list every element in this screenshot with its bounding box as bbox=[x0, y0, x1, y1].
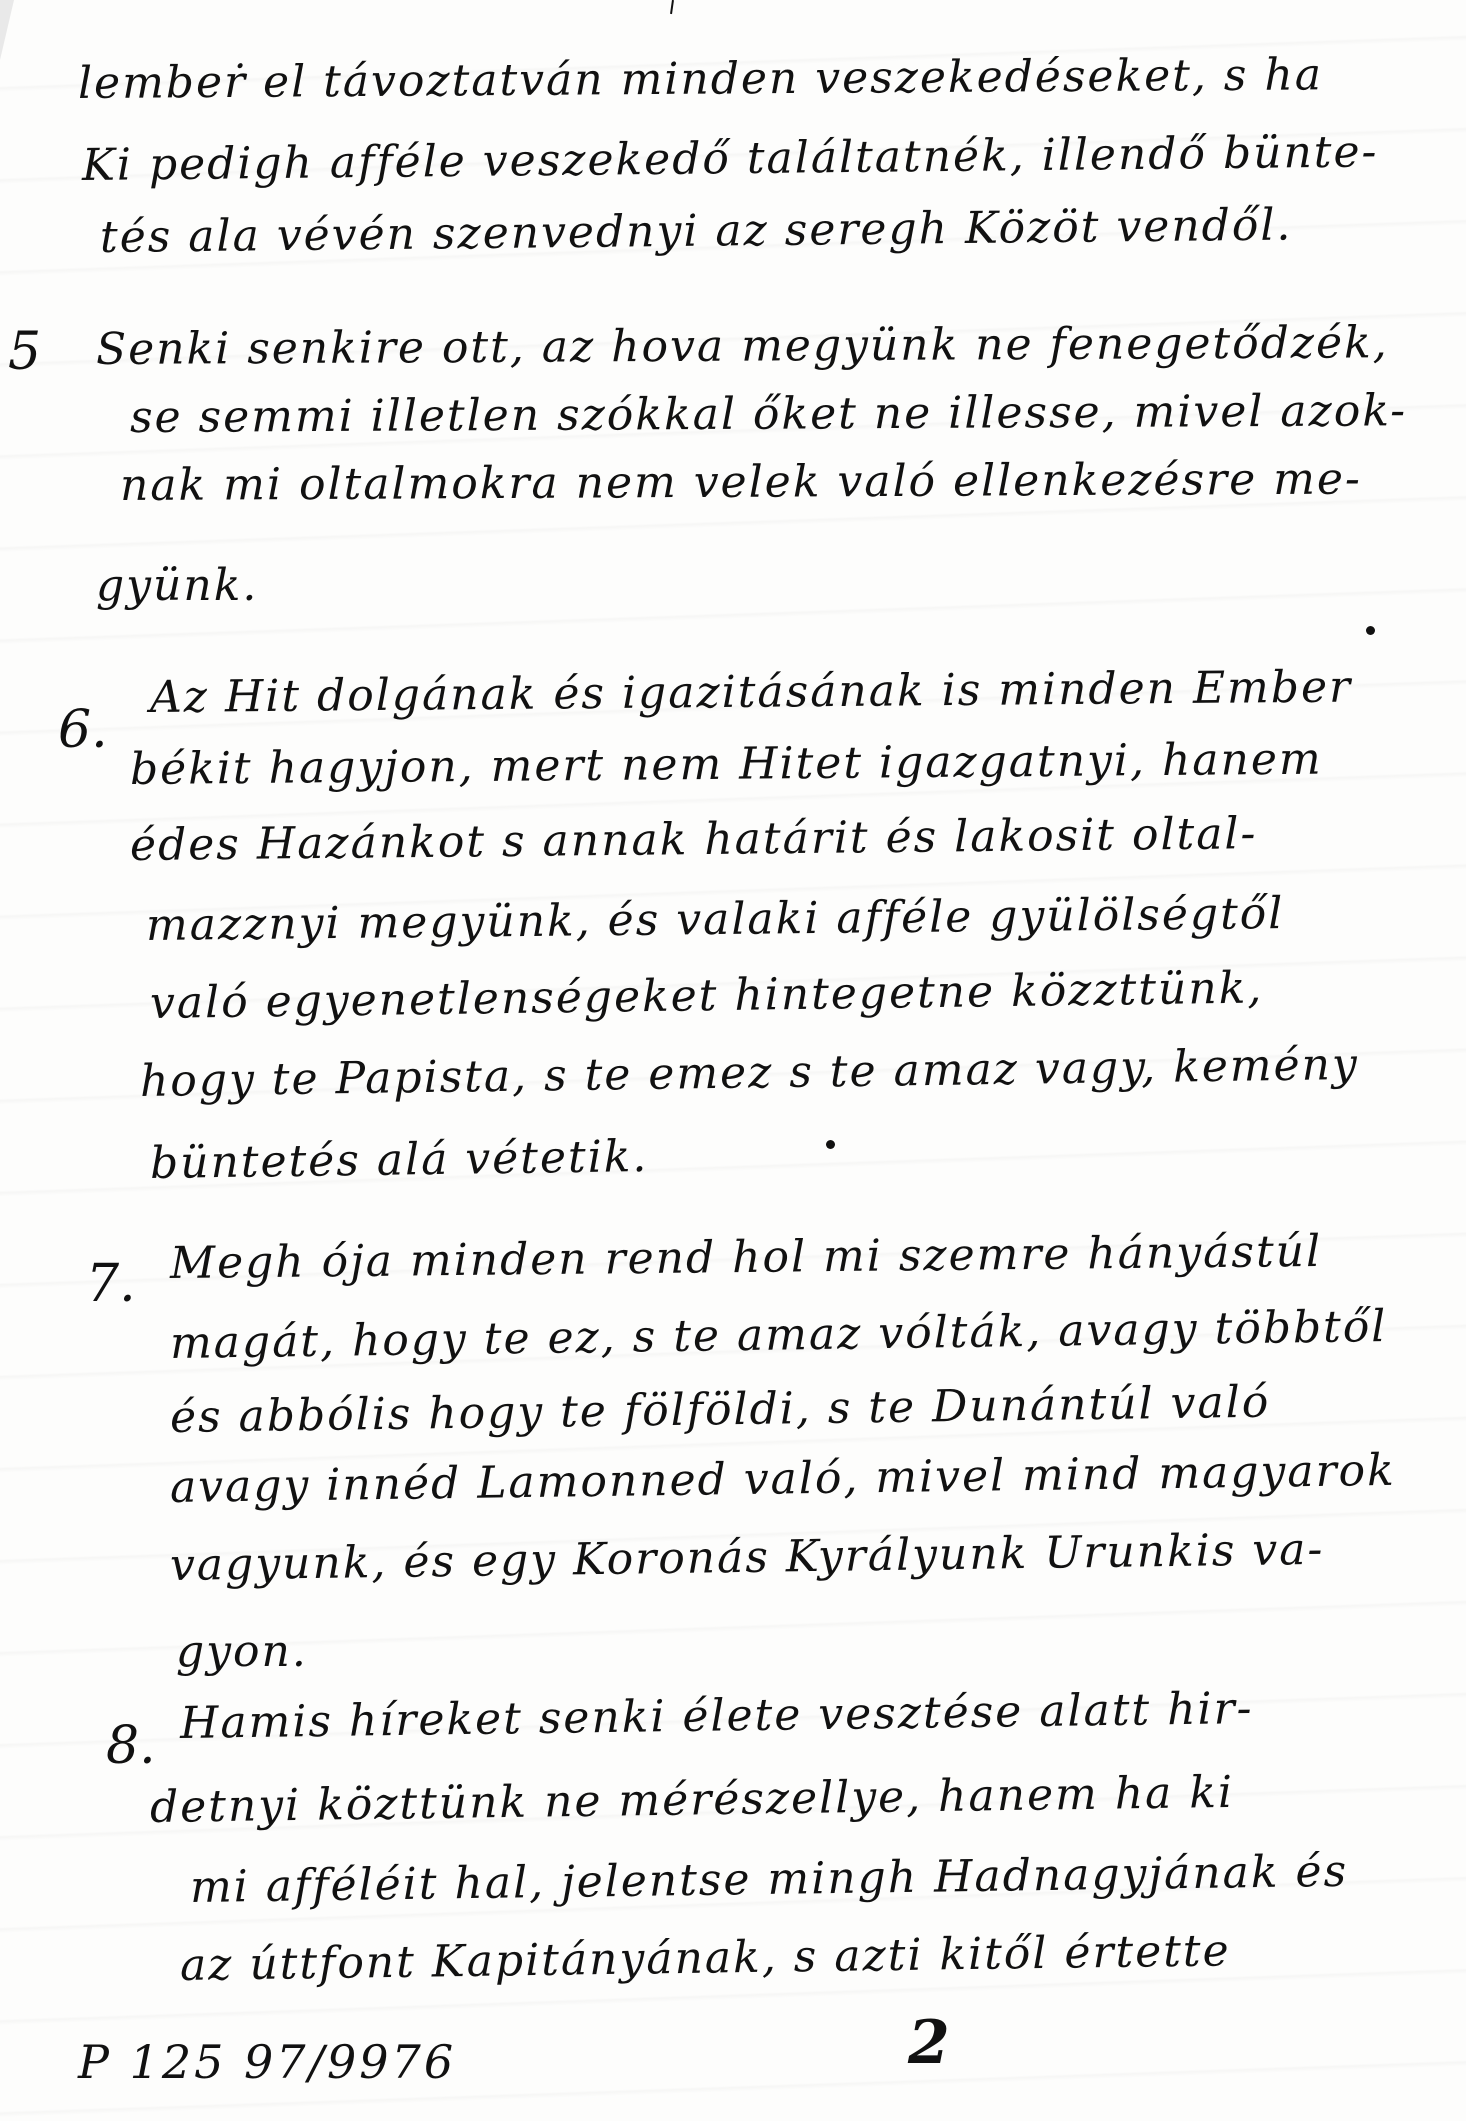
text-line: büntetés alá vétetik. bbox=[150, 1131, 649, 1189]
text-line: Az Hit dolgának és igazitásának is minde… bbox=[150, 662, 1352, 723]
ink-dot bbox=[826, 1140, 835, 1149]
paragraph-number: 8. bbox=[106, 1716, 156, 1776]
text-line: tés ala vévén szenvednyi az seregh Közöt… bbox=[100, 200, 1293, 263]
text-line: Ki pedigh afféle veszekedő találtatnék, … bbox=[82, 126, 1379, 191]
paragraph-number: 5 bbox=[8, 322, 41, 382]
paragraph-number: 6. bbox=[58, 700, 108, 760]
paragraph-number: 7. bbox=[86, 1254, 136, 1314]
text-line: nak mi oltalmokra nem velek való ellenke… bbox=[120, 453, 1362, 511]
ink-dot bbox=[1366, 626, 1375, 635]
text-line: Hamis híreket senki élete vesztése alatt… bbox=[180, 1683, 1254, 1749]
text-line: való egyenetlenségeket hintegetne közztt… bbox=[150, 962, 1264, 1029]
text-line: gyon. bbox=[176, 1626, 308, 1677]
text-line: detnyi közttünk ne mérészellye, hanem ha… bbox=[150, 1767, 1235, 1833]
stroke-from-previous-page bbox=[670, 0, 674, 14]
text-line: Megh ója minden rend hol mi szemre hányá… bbox=[170, 1226, 1323, 1289]
text-line: békit hagyjon, mert nem Hitet igazgatnyi… bbox=[130, 734, 1323, 795]
text-line: gyünk. bbox=[96, 560, 258, 611]
manuscript-page: lembeṙ el távoztatván minden veszekedése… bbox=[0, 0, 1466, 2121]
text-line: mazznyi megyünk, és valaki afféle gyülöl… bbox=[146, 888, 1285, 951]
archive-reference: P 125 97/9976 bbox=[78, 2035, 456, 2089]
text-line: vagyunk, és egy Koronás Kyrályunk Urunki… bbox=[170, 1524, 1325, 1591]
page-corner-shadow bbox=[0, 0, 14, 60]
text-line: mi afféléit hal, jelentse mingh Hadnagyj… bbox=[190, 1846, 1349, 1913]
text-line: avagy innéd Lamonned való, mivel mind ma… bbox=[170, 1445, 1396, 1513]
text-line: magát, hogy te ez, s te amaz vólták, ava… bbox=[170, 1301, 1388, 1369]
text-line: se semmi illetlen szókkal őket ne illess… bbox=[130, 385, 1407, 443]
text-line: lembeṙ el távoztatván minden veszekedése… bbox=[78, 49, 1323, 109]
text-line: édes Hazánkot s annak határit és lakosit… bbox=[130, 808, 1258, 871]
text-line: hogy te Papista, s te emez s te amaz vag… bbox=[140, 1039, 1359, 1107]
text-line: és abbólis hogy te fölföldi, s te Dunánt… bbox=[170, 1377, 1271, 1443]
text-line: Senki senkire ott, az hova megyünk ne fe… bbox=[96, 317, 1389, 375]
page-number: 2 bbox=[908, 2008, 950, 2078]
text-line: az úttfont Kapitányának, s azti kitől ér… bbox=[180, 1925, 1231, 1991]
